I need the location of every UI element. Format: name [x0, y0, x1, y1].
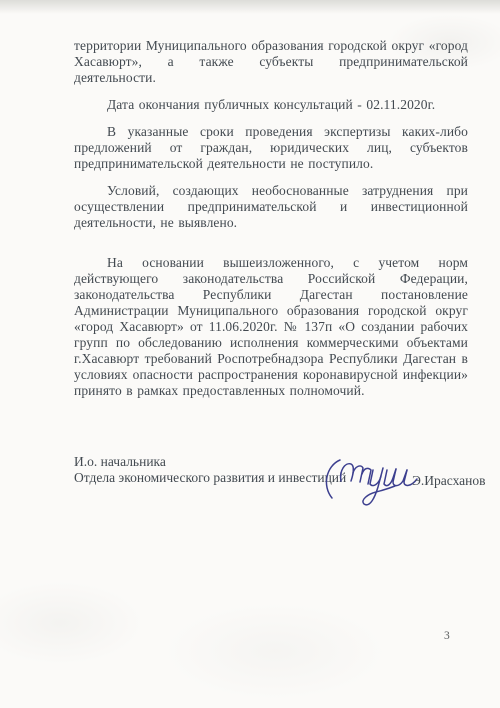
- body-paragraph-no-proposals: В указанные сроки проведения экспертизы …: [74, 124, 468, 172]
- body-paragraph-no-obstacles: Условий, создающих необоснованные затруд…: [74, 183, 468, 231]
- signer-name: Э.Ирасханов: [412, 473, 486, 489]
- signature-block: И.о. начальника Отдела экономического ра…: [74, 454, 468, 486]
- page-number: 3: [444, 630, 450, 642]
- scanned-document-page: территории Муниципального образования го…: [0, 0, 500, 708]
- body-paragraph-consultation-date: Дата окончания публичных консультаций - …: [74, 97, 468, 113]
- body-paragraph-conclusion: На основании вышеизложенного, с учетом н…: [74, 255, 468, 399]
- document-body: территории Муниципального образования го…: [74, 38, 468, 486]
- body-paragraph-continuation: территории Муниципального образования го…: [74, 38, 468, 86]
- handwritten-signature: [320, 454, 422, 512]
- scan-artifact-top: [0, 0, 500, 14]
